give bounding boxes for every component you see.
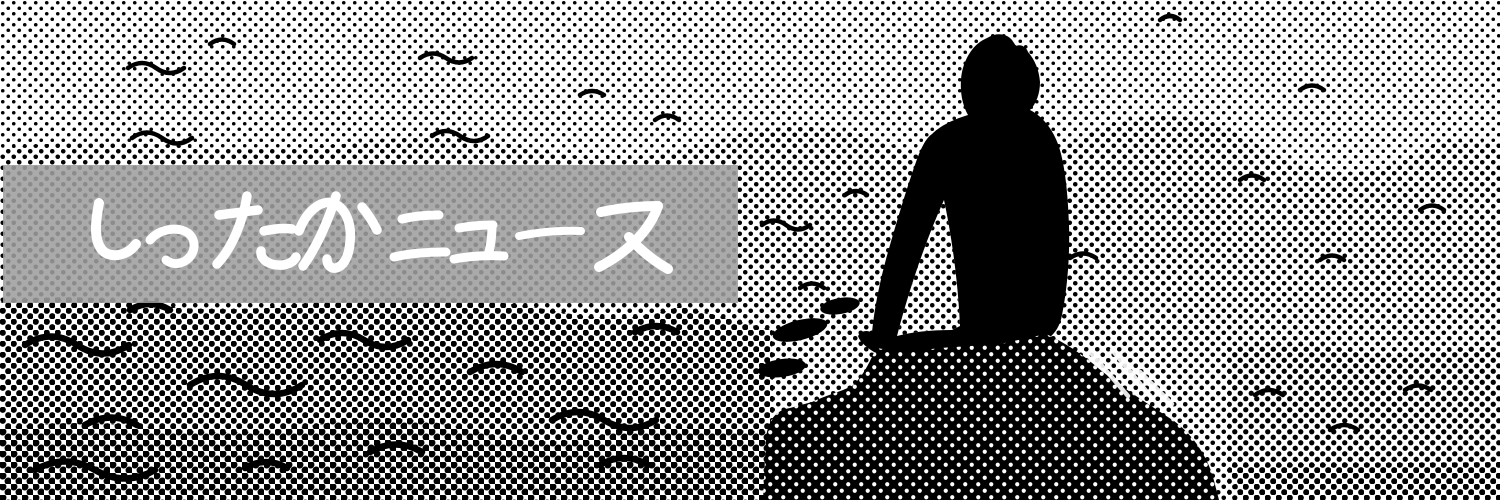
halftone-banner-art <box>0 0 1500 500</box>
halftone-water-deep <box>0 419 772 500</box>
halftone-shore-right-deep <box>1228 462 1500 500</box>
site-banner-link[interactable]: しったかニュース <box>0 0 1500 500</box>
